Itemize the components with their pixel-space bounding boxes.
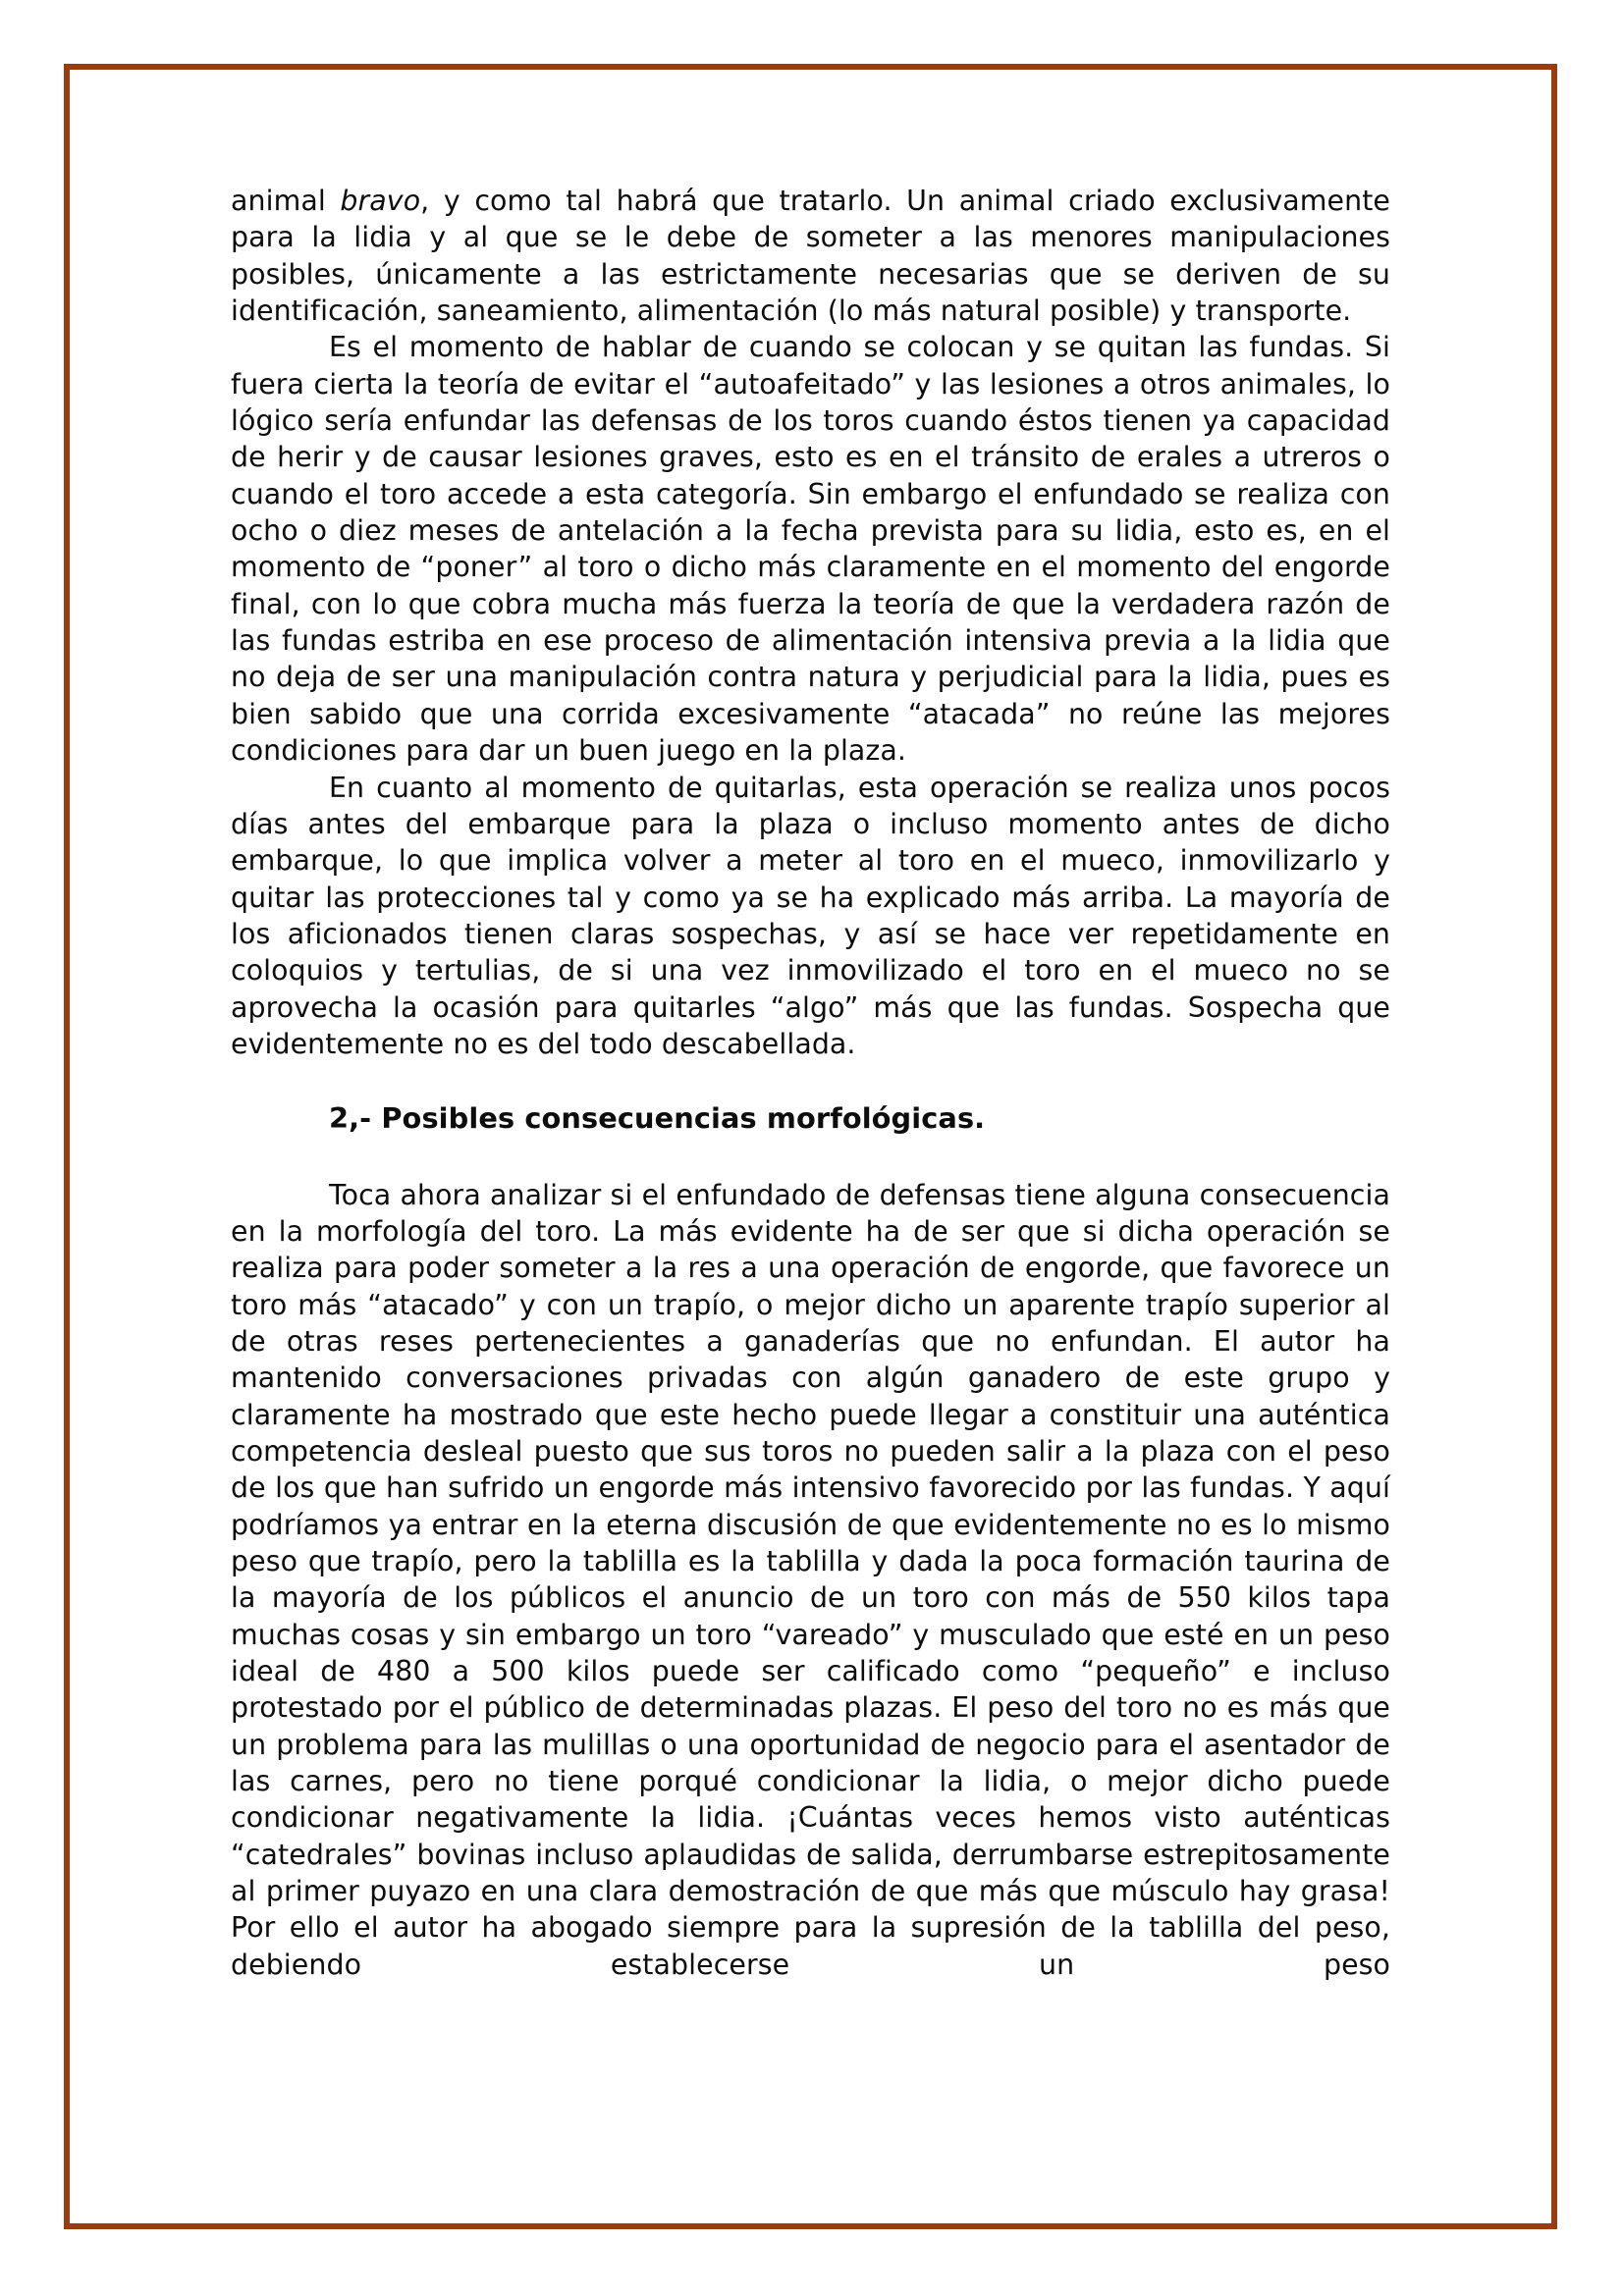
section-heading-consecuencias-morfologicas: 2,- Posibles consecuencias morfológicas. xyxy=(231,1100,1390,1137)
text-content: animal bravo, y como tal habrá que trata… xyxy=(231,183,1390,1983)
paragraph-text: animal xyxy=(231,185,340,217)
paragraph-continuation: animal bravo, y como tal habrá que trata… xyxy=(231,183,1390,329)
paragraph-consecuencias-morfologia: Toca ahora analizar si el enfundado de d… xyxy=(231,1177,1390,1984)
italic-term-bravo: bravo xyxy=(340,185,420,217)
paragraph-fundas-colocan: Es el momento de hablar de cuando se col… xyxy=(231,329,1390,769)
paragraph-momento-quitarlas: En cuanto al momento de quitarlas, esta … xyxy=(231,770,1390,1063)
